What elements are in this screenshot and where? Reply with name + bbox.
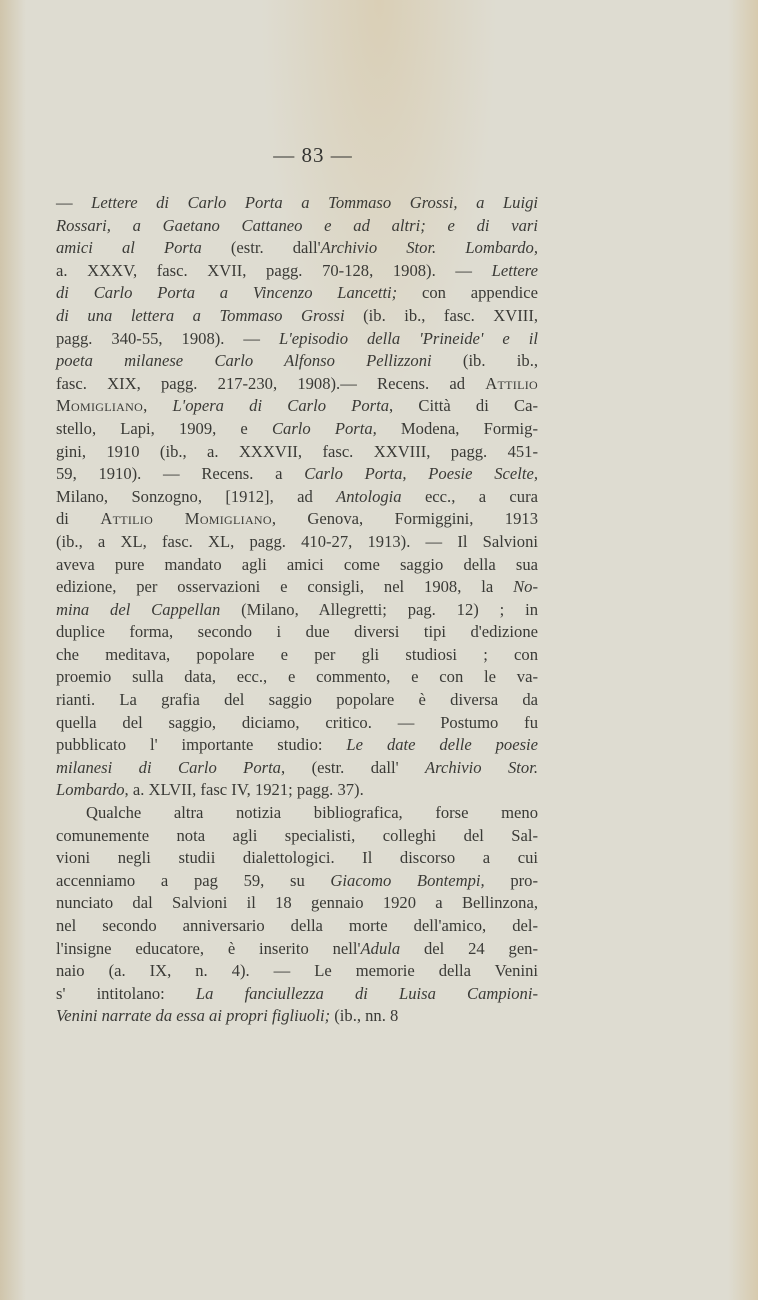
scanned-page: — 83 — — Lettere di Carlo Porta a Tommas… (0, 0, 758, 1300)
text-line: a. XXXV, fasc. XVII, pagg. 70-128, 1908)… (56, 260, 538, 283)
text-run: 59, 1910). — Recens. a (56, 464, 304, 483)
text-run: pagg. 340-55, 1908). — (56, 329, 279, 348)
italic-title: Venini narrate da essa ai propri figliuo… (56, 1006, 330, 1025)
text-run: a. XXXV, fasc. XVII, pagg. 70-128, 1908)… (56, 261, 492, 280)
text-run: (ib. ib., (432, 351, 538, 370)
text-run: — (56, 193, 91, 212)
text-line: di una lettera a Tommaso Grossi (ib. ib.… (56, 305, 538, 328)
italic-title: di una lettera a Tommaso Grossi (56, 306, 345, 325)
text-run: , Genova, Formiggini, 1913 (272, 509, 538, 528)
text-line: che meditava, popolare e per gli studios… (56, 644, 538, 667)
italic-title: di Carlo Porta a Vincenzo Lancetti; (56, 283, 397, 302)
author-name: Momigliano (56, 396, 143, 415)
italic-title: Archivio Stor. Lombardo, (321, 238, 538, 257)
text-line: duplice forma, secondo i due diversi tip… (56, 621, 538, 644)
text-line: pubblicato l' importante studio: Le date… (56, 734, 538, 757)
italic-title: Lombardo (56, 780, 125, 799)
text-run: nel secondo anniversario della morte del… (56, 916, 538, 935)
text-line: proemio sulla data, ecc., e commento, e … (56, 666, 538, 689)
text-run: aveva pure mandato agli amici come saggi… (56, 555, 538, 574)
italic-title: L'opera di Carlo Porta (172, 396, 389, 415)
italic-title: Archivio Stor. (425, 758, 538, 777)
italic-title: amici al Porta (56, 238, 202, 257)
text-run: pro- (485, 871, 538, 890)
text-run: comunemente nota agli specialisti, colle… (56, 826, 538, 845)
body-text: — Lettere di Carlo Porta a Tommaso Gross… (56, 192, 538, 1028)
text-line: Venini narrate da essa ai propri figliuo… (56, 1005, 538, 1028)
page-number: — 83 — (0, 143, 626, 168)
text-line: rianti. La grafia del saggio popolare è … (56, 689, 538, 712)
text-run: edizione, per osservazioni e consigli, n… (56, 577, 513, 596)
text-line: edizione, per osservazioni e consigli, n… (56, 576, 538, 599)
text-line: l'insigne educatore, è inserito nell'Adu… (56, 938, 538, 961)
italic-title: L'episodio della 'Prineide' e il (279, 329, 538, 348)
text-run: stello, Lapi, 1909, e (56, 419, 272, 438)
text-line: aveva pure mandato agli amici come saggi… (56, 554, 538, 577)
author-name: Attilio Momigliano (100, 509, 272, 528)
text-line: Milano, Sonzogno, [1912], ad Antologia e… (56, 486, 538, 509)
text-line: di Attilio Momigliano, Genova, Formiggin… (56, 508, 538, 531)
italic-title: La fanciullezza di Luisa Campioni- (196, 984, 538, 1003)
text-line: mina del Cappellan (Milano, Allegretti; … (56, 599, 538, 622)
text-run: di (56, 509, 100, 528)
italic-title: Lettere di Carlo Porta a Tommaso Grossi,… (91, 193, 538, 212)
text-run: , Città di Ca- (389, 396, 538, 415)
italic-title: milanesi di Carlo Porta (56, 758, 281, 777)
text-run: s' intitolano: (56, 984, 196, 1003)
text-line: comunemente nota agli specialisti, colle… (56, 825, 538, 848)
text-run: accenniamo a pag 59, su (56, 871, 330, 890)
text-run: pubblicato l' importante studio: (56, 735, 346, 754)
text-line: vioni negli studii dialettologici. Il di… (56, 847, 538, 870)
text-run: nunciato dal Salvioni il 18 gennaio 1920… (56, 893, 538, 912)
text-run: (ib., nn. 8 (330, 1006, 398, 1025)
text-run: naio (a. IX, n. 4). — Le memorie della V… (56, 961, 538, 980)
text-line: Lombardo, a. XLVII, fasc IV, 1921; pagg.… (56, 779, 538, 802)
text-line: nunciato dal Salvioni il 18 gennaio 1920… (56, 892, 538, 915)
italic-title: Antologia (336, 487, 401, 506)
text-run: l'insigne educatore, è inserito nell' (56, 939, 361, 958)
text-line: accenniamo a pag 59, su Giacomo Bontempi… (56, 870, 538, 893)
text-line: (ib., a XL, fasc. XL, pagg. 410-27, 1913… (56, 531, 538, 554)
text-line: naio (a. IX, n. 4). — Le memorie della V… (56, 960, 538, 983)
text-line: gini, 1910 (ib., a. XXXVII, fasc. XXVIII… (56, 441, 538, 464)
text-run: (ib., a XL, fasc. XL, pagg. 410-27, 1913… (56, 532, 538, 551)
text-run: (Milano, Allegretti; pag. 12) ; in (220, 600, 538, 619)
text-run: con appendice (397, 283, 538, 302)
italic-title: No- (513, 577, 538, 596)
text-line: quella del saggio, diciamo, critico. — P… (56, 712, 538, 735)
text-line: stello, Lapi, 1909, e Carlo Porta, Moden… (56, 418, 538, 441)
text-line: di Carlo Porta a Vincenzo Lancetti; con … (56, 282, 538, 305)
text-line: Rossari, a Gaetano Cattaneo e ad altri; … (56, 215, 538, 238)
text-line: Qualche altra notizia bibliografica, for… (56, 802, 538, 825)
text-run: del 24 gen- (400, 939, 538, 958)
text-run: , a. XLVII, fasc IV, 1921; pagg. 37). (125, 780, 364, 799)
text-line: nel secondo anniversario della morte del… (56, 915, 538, 938)
text-run: rianti. La grafia del saggio popolare è … (56, 690, 538, 709)
text-run: Modena, Formig- (377, 419, 538, 438)
text-line: poeta milanese Carlo Alfonso Pellizzoni … (56, 350, 538, 373)
text-run: Milano, Sonzogno, [1912], ad (56, 487, 336, 506)
text-line: amici al Porta (estr. dall'Archivio Stor… (56, 237, 538, 260)
text-line: milanesi di Carlo Porta, (estr. dall' Ar… (56, 757, 538, 780)
text-run: gini, 1910 (ib., a. XXXVII, fasc. XXVIII… (56, 442, 538, 461)
italic-title: Lettere (492, 261, 538, 280)
text-run: proemio sulla data, ecc., e commento, e … (56, 667, 538, 686)
italic-title: mina del Cappellan (56, 600, 220, 619)
text-line: s' intitolano: La fanciullezza di Luisa … (56, 983, 538, 1006)
text-run: fasc. XIX, pagg. 217-230, 1908).— Recens… (56, 374, 485, 393)
text-run: (estr. dall' (202, 238, 321, 257)
italic-title: Le date delle poesie (346, 735, 538, 754)
text-line: pagg. 340-55, 1908). — L'episodio della … (56, 328, 538, 351)
text-line: fasc. XIX, pagg. 217-230, 1908).— Recens… (56, 373, 538, 396)
text-run: Qualche altra notizia bibliografica, for… (86, 803, 538, 822)
italic-title: Giacomo Bontempi, (330, 871, 484, 890)
italic-title: Carlo Porta, (272, 419, 377, 438)
italic-title: Carlo Porta, Poesie Scelte, (304, 464, 538, 483)
text-run: ecc., a cura (402, 487, 538, 506)
italic-title: poeta milanese Carlo Alfonso Pellizzoni (56, 351, 432, 370)
text-run: (ib. ib., fasc. XVIII, (345, 306, 538, 325)
text-run: vioni negli studii dialettologici. Il di… (56, 848, 538, 867)
text-line: 59, 1910). — Recens. a Carlo Porta, Poes… (56, 463, 538, 486)
text-line: — Lettere di Carlo Porta a Tommaso Gross… (56, 192, 538, 215)
author-name: Attilio (485, 374, 538, 393)
text-run: duplice forma, secondo i due diversi tip… (56, 622, 538, 641)
italic-title: Rossari, a Gaetano Cattaneo e ad altri; … (56, 216, 538, 235)
text-line: Momigliano, L'opera di Carlo Porta, Citt… (56, 395, 538, 418)
text-run: , (143, 396, 172, 415)
text-run: quella del saggio, diciamo, critico. — P… (56, 713, 538, 732)
text-run: , (estr. dall' (281, 758, 425, 777)
italic-title: Adula (361, 939, 401, 958)
text-run: che meditava, popolare e per gli studios… (56, 645, 538, 664)
